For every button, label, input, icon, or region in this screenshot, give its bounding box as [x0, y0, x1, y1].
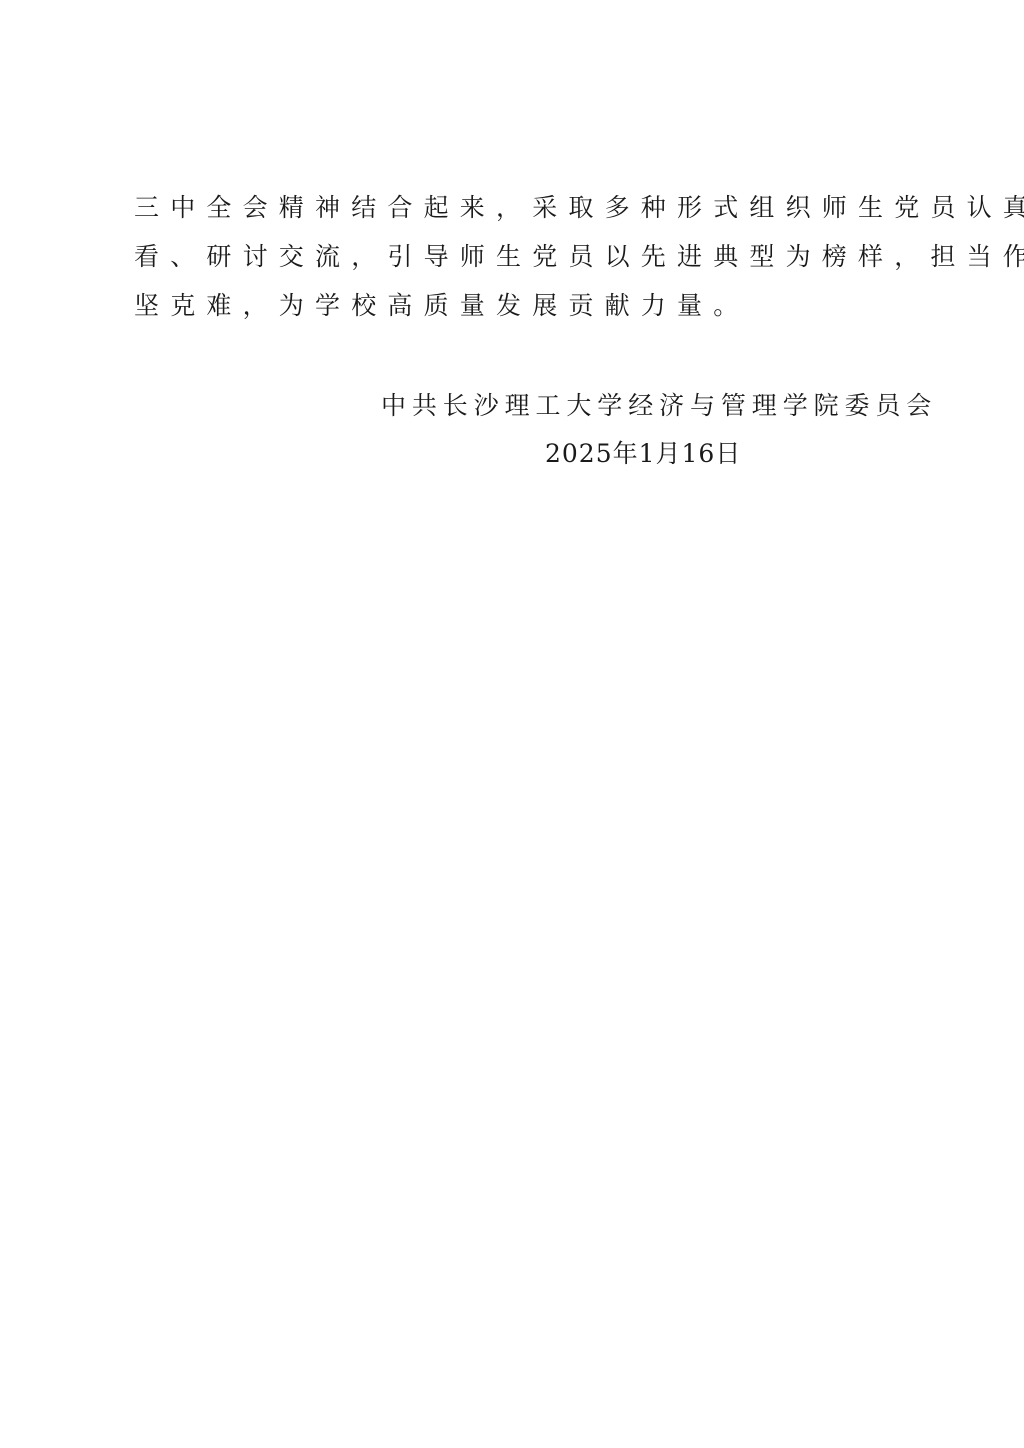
document-page: 三中全会精神结合起来，采取多种形式组织师生党员认真学习收 看、研讨交流，引导师生… — [0, 0, 1024, 1448]
paragraph-line: 看、研讨交流，引导师生党员以先进典型为榜样，担当作为、攻 — [134, 235, 904, 284]
issuing-organization-signature: 中共长沙理工大学经济与管理学院委员会 — [381, 386, 937, 426]
paragraph-line: 三中全会精神结合起来，采取多种形式组织师生党员认真学习收 — [134, 186, 904, 235]
issue-date: 2025年1月16日 — [545, 434, 741, 474]
paragraph-line: 坚克难，为学校高质量发展贡献力量。 — [134, 284, 904, 333]
body-paragraph: 三中全会精神结合起来，采取多种形式组织师生党员认真学习收 看、研讨交流，引导师生… — [134, 186, 904, 333]
